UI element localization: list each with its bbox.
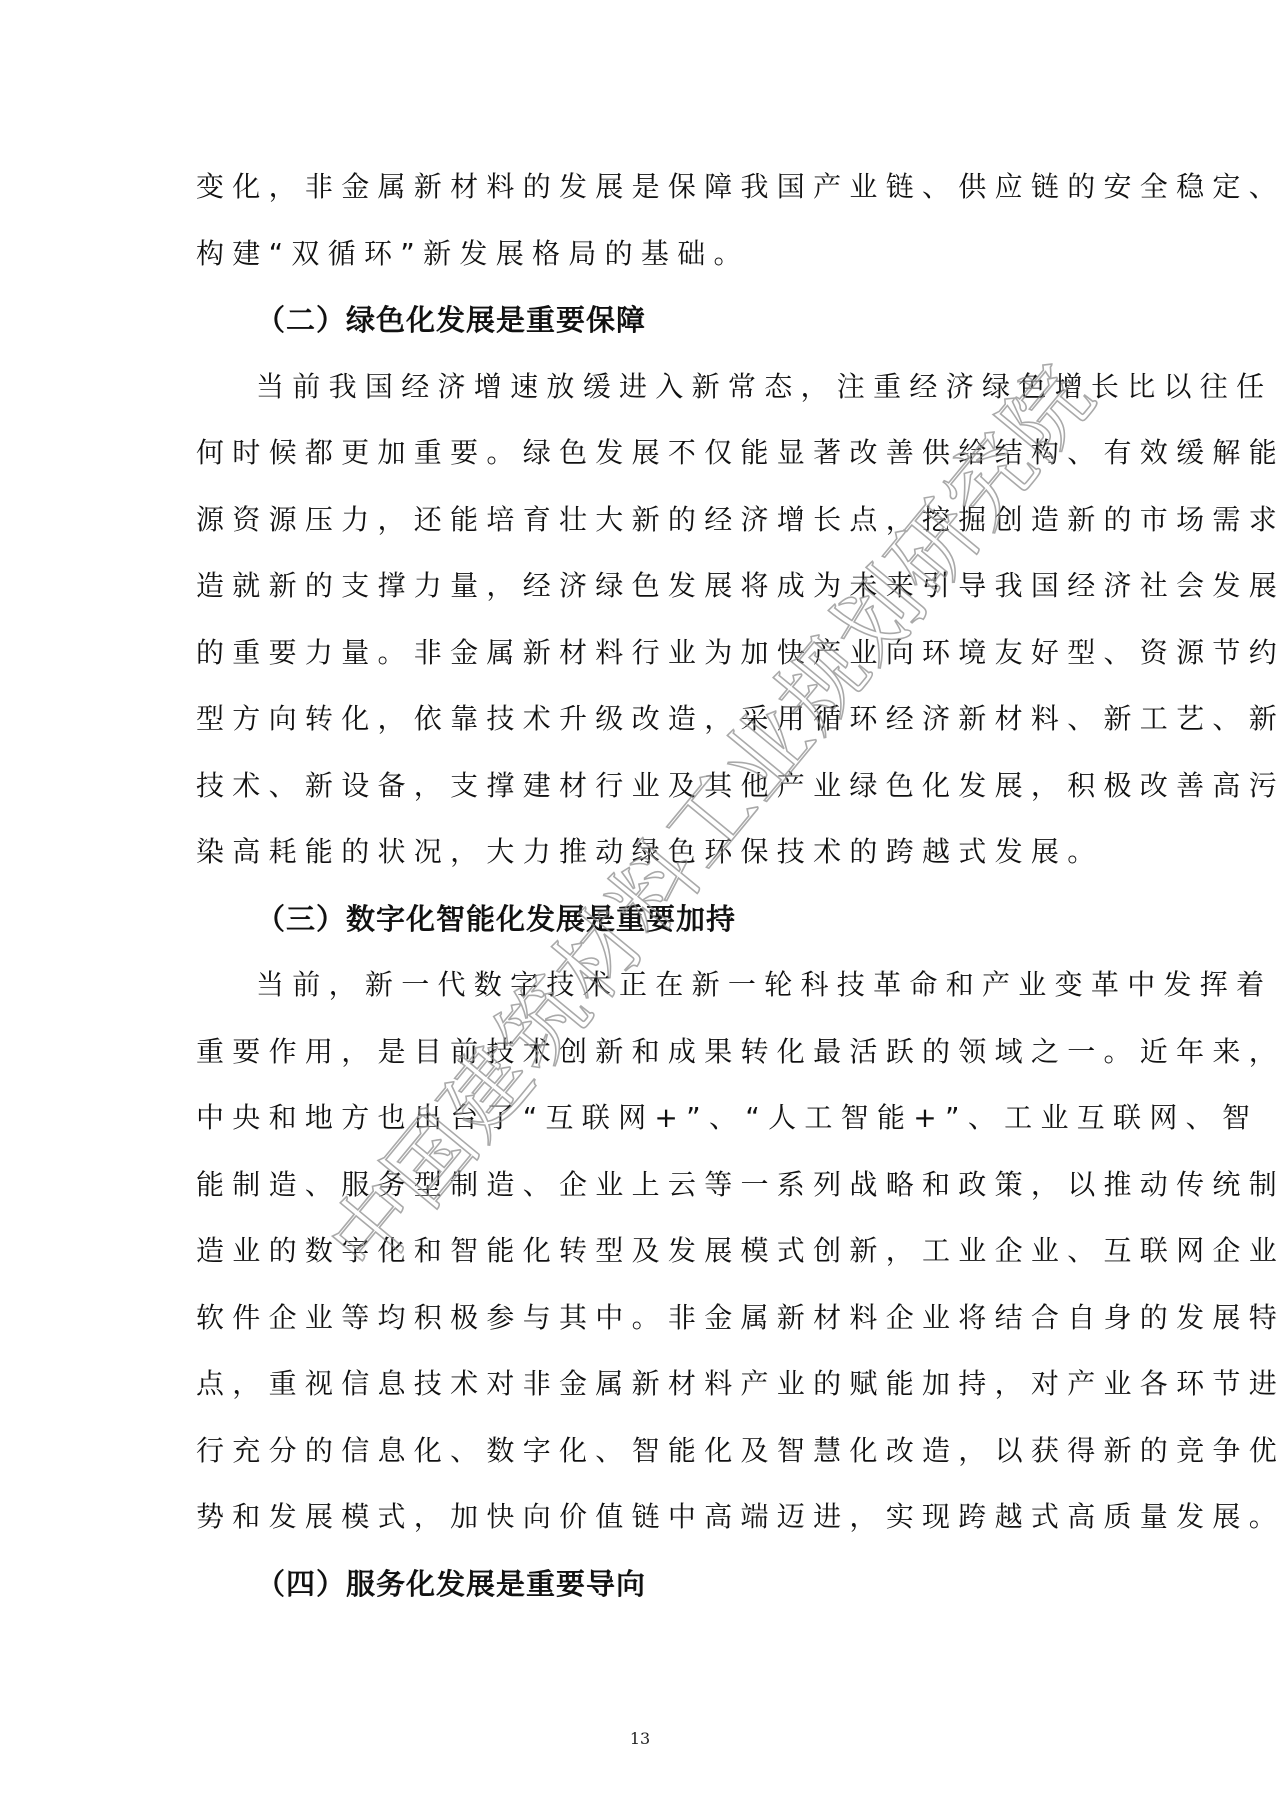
body-line: 型方向转化，依靠技术升级改造，采用循环经济新材料、新工艺、新 (196, 692, 1086, 759)
body-line: 技术、新设备，支撑建材行业及其他产业绿色化发展，积极改善高污 (196, 759, 1086, 826)
page-body: 变化，非金属新材料的发展是保障我国产业链、供应链的安全稳定、 构建“双循环”新发… (196, 160, 1086, 1623)
body-line: 软件企业等均积极参与其中。非金属新材料企业将结合自身的发展特 (196, 1291, 1086, 1358)
body-line: 构建“双循环”新发展格局的基础。 (196, 227, 1086, 294)
section-heading-3: （三）数字化智能化发展是重要加持 (196, 892, 1086, 959)
body-line: 重要作用，是目前技术创新和成果转化最活跃的领域之一。近年来， (196, 1025, 1086, 1092)
section-heading-4: （四）服务化发展是重要导向 (196, 1557, 1086, 1624)
body-line: 能制造、服务型制造、企业上云等一系列战略和政策，以推动传统制 (196, 1158, 1086, 1225)
body-line: 源资源压力，还能培育壮大新的经济增长点，挖掘创造新的市场需求， (196, 493, 1086, 560)
paragraph-first-line: 当前，新一代数字技术正在新一轮科技革命和产业变革中发挥着 (196, 958, 1086, 1025)
page-number: 13 (0, 1729, 1280, 1748)
section-heading-2: （二）绿色化发展是重要保障 (196, 293, 1086, 360)
body-line: 变化，非金属新材料的发展是保障我国产业链、供应链的安全稳定、 (196, 160, 1086, 227)
body-line: 造业的数字化和智能化转型及发展模式创新，工业企业、互联网企业、 (196, 1224, 1086, 1291)
document-page: 变化，非金属新材料的发展是保障我国产业链、供应链的安全稳定、 构建“双循环”新发… (0, 0, 1280, 1810)
body-line: 染高耗能的状况，大力推动绿色环保技术的跨越式发展。 (196, 825, 1086, 892)
paragraph-first-line: 当前我国经济增速放缓进入新常态，注重经济绿色增长比以往任 (196, 360, 1086, 427)
body-line: 势和发展模式，加快向价值链中高端迈进，实现跨越式高质量发展。 (196, 1490, 1086, 1557)
body-line: 中央和地方也出台了“互联网+”、“人工智能+”、工业互联网、智 (196, 1091, 1086, 1158)
body-line: 点，重视信息技术对非金属新材料产业的赋能加持，对产业各环节进 (196, 1357, 1086, 1424)
body-line: 的重要力量。非金属新材料行业为加快产业向环境友好型、资源节约 (196, 626, 1086, 693)
body-line: 行充分的信息化、数字化、智能化及智慧化改造，以获得新的竞争优 (196, 1424, 1086, 1491)
body-line: 造就新的支撑力量，经济绿色发展将成为未来引导我国经济社会发展 (196, 559, 1086, 626)
body-line: 何时候都更加重要。绿色发展不仅能显著改善供给结构、有效缓解能 (196, 426, 1086, 493)
